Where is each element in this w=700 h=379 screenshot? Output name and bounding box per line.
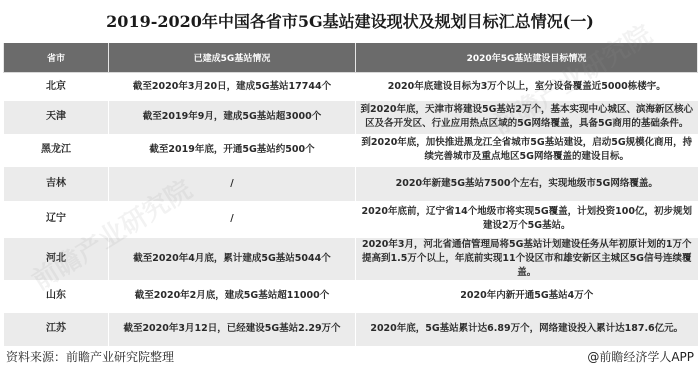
cell-province: 山东	[4, 280, 109, 313]
cell-province: 河北	[4, 238, 109, 280]
table-row: 江苏 截至2020年3月12日，已经建设5G基站2.29万个 2020年底，5G…	[4, 313, 698, 346]
cell-province: 辽宁	[4, 201, 109, 238]
cell-target: 2020年底前，辽宁省14个地级市将实现5G覆盖，计划投资100亿，初步规划建设…	[356, 201, 698, 238]
table-row: 河北 截至2020年4月底，累计建成5G基站5044个 2020年3月，河北省通…	[4, 238, 698, 280]
cell-built: 截至2020年3月20日，建成5G基站17744个	[109, 73, 356, 101]
5g-summary-table: 省市 已建成5G基站情况 2020年5G基站建设目标情况 北京 截至2020年3…	[3, 43, 698, 346]
header-target: 2020年5G基站建设目标情况	[356, 43, 698, 73]
table-header-row: 省市 已建成5G基站情况 2020年5G基站建设目标情况	[4, 43, 698, 73]
cell-province: 江苏	[4, 313, 109, 346]
cell-target: 到2020年底，加快推进黑龙江全省城市5G基站建设，启动5G规模化商用，持续完善…	[356, 134, 698, 167]
cell-target: 2020年底，5G基站累计达6.89万个，网络建设投入累计达187.6亿元。	[356, 313, 698, 346]
table-row: 天津 截至2019年9月，建成5G基站超3000个 到2020年底，天津市将建设…	[4, 101, 698, 134]
cell-province: 吉林	[4, 167, 109, 201]
page-title: 2019-2020年中国各省市5G基站建设现状及规划目标汇总情况(一)	[0, 9, 700, 32]
table-row: 黑龙江 截至2019年底，开通5G基站约500个 到2020年底，加快推进黑龙江…	[4, 134, 698, 167]
credit-note: @前瞻经济学人APP	[587, 348, 694, 365]
header-built: 已建成5G基站情况	[109, 43, 356, 73]
cell-target: 到2020年底，天津市将建设5G基站2万个，基本实现中心城区、滨海新区核心区及各…	[356, 101, 698, 134]
table-row: 北京 截至2020年3月20日，建成5G基站17744个 2020年底建设目标为…	[4, 73, 698, 101]
cell-target: 2020年内新开通5G基站4万个	[356, 280, 698, 313]
source-note: 资料来源：前瞻产业研究院整理	[6, 348, 174, 365]
cell-province: 黑龙江	[4, 134, 109, 167]
cell-built: 截至2020年3月12日，已经建设5G基站2.29万个	[109, 313, 356, 346]
cell-province: 北京	[4, 73, 109, 101]
header-province: 省市	[4, 43, 109, 73]
cell-built: 截至2019年9月，建成5G基站超3000个	[109, 101, 356, 134]
cell-built: 截至2019年底，开通5G基站约500个	[109, 134, 356, 167]
cell-built: 截至2020年4月底，累计建成5G基站5044个	[109, 238, 356, 280]
table-row: 山东 截至2020年2月底，建成5G基站超11000个 2020年内新开通5G基…	[4, 280, 698, 313]
cell-built: 截至2020年2月底，建成5G基站超11000个	[109, 280, 356, 313]
cell-target: 2020年新建5G基站7500个左右，实现地级市5G网络覆盖。	[356, 167, 698, 201]
cell-province: 天津	[4, 101, 109, 134]
cell-target: 2020年底建设目标为3万个以上，室分设备覆盖近5000栋楼宇。	[356, 73, 698, 101]
table-row: 辽宁 / 2020年底前，辽宁省14个地级市将实现5G覆盖，计划投资100亿，初…	[4, 201, 698, 238]
cell-built: /	[109, 201, 356, 238]
table-row: 吉林 / 2020年新建5G基站7500个左右，实现地级市5G网络覆盖。	[4, 167, 698, 201]
cell-target: 2020年3月，河北省通信管理局将5G基站计划建设任务从年初原计划的1万个提高到…	[356, 238, 698, 280]
cell-built: /	[109, 167, 356, 201]
